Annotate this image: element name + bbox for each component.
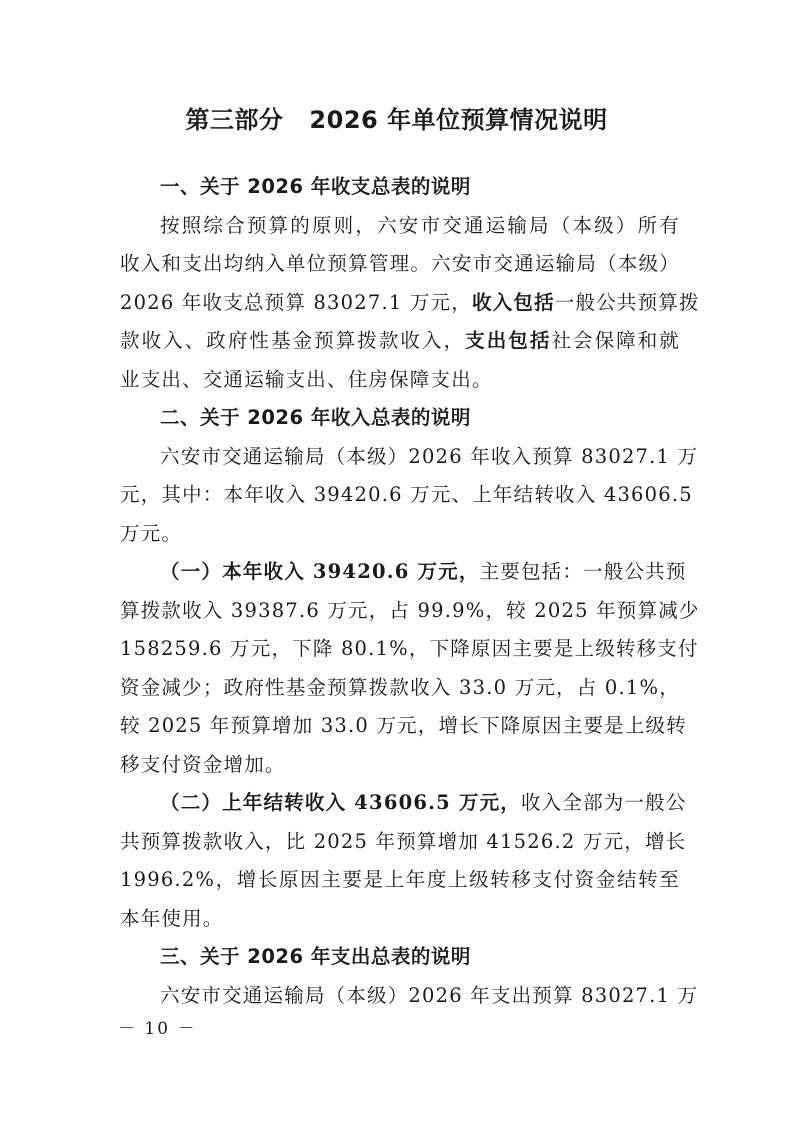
bold-text: （二）上年结转收入 43606.5 万元，	[160, 791, 521, 814]
paragraph-line: 按照综合预算的原则，六安市交通运输局（本级）所有	[120, 207, 680, 246]
title-part: 第三部分	[185, 106, 283, 134]
paragraph-line: 算拨款收入 39387.6 万元，占 99.9%，较 2025 年预算减少	[120, 592, 680, 631]
text-run: 一般公共预算拨	[555, 291, 700, 314]
paragraph-line: 158259.6 万元，下降 80.1%，下降原因主要是上级转移支付	[120, 630, 680, 669]
document-body: 一、关于 2026 年收支总表的说明 按照综合预算的原则，六安市交通运输局（本级…	[120, 168, 680, 1015]
paragraph-line: 本年使用。	[120, 900, 680, 939]
paragraph-line: 较 2025 年预算增加 33.0 万元，增长下降原因主要是上级转	[120, 707, 680, 746]
page-number: － 10 －	[118, 1014, 196, 1039]
paragraph-line: 六安市交通运输局（本级）2026 年支出预算 83027.1 万	[120, 977, 680, 1016]
paragraph-line: 资金减少；政府性基金预算拨款收入 33.0 万元，占 0.1%，	[120, 669, 680, 708]
paragraph-line: 元，其中：本年收入 39420.6 万元、上年结转收入 43606.5	[120, 476, 680, 515]
paragraph-line: 收入和支出均纳入单位预算管理。六安市交通运输局（本级）	[120, 245, 680, 284]
bold-text: 支出包括	[465, 329, 551, 352]
text-run: 收入全部为一般公	[521, 791, 687, 814]
paragraph-line: 业支出、交通运输支出、住房保障支出。	[120, 361, 680, 400]
section-heading-3: 三、关于 2026 年支出总表的说明	[120, 938, 680, 977]
page-title: 第三部分2026 年单位预算情况说明	[0, 100, 793, 135]
text-run: 2026 年收支总预算 83027.1 万元，	[120, 291, 472, 314]
subsection-carryover-income: （二）上年结转收入 43606.5 万元，收入全部为一般公	[120, 784, 680, 823]
paragraph-line: 款收入、政府性基金预算拨款收入，支出包括社会保障和就	[120, 322, 680, 361]
paragraph-line: 万元。	[120, 515, 680, 554]
text-run: 款收入、政府性基金预算拨款收入，	[120, 329, 465, 352]
title-text: 2026 年单位预算情况说明	[309, 106, 607, 134]
bold-text: 收入包括	[472, 291, 555, 314]
bold-text: （一）本年收入 39420.6 万元，	[160, 560, 480, 583]
subsection-current-year-income: （一）本年收入 39420.6 万元，主要包括：一般公共预	[120, 553, 680, 592]
paragraph-line: 六安市交通运输局（本级）2026 年收入预算 83027.1 万	[120, 438, 680, 477]
paragraph-line: 移支付资金增加。	[120, 746, 680, 785]
text-run: 主要包括：一般公共预	[480, 560, 687, 583]
text-run: 社会保障和就	[551, 329, 680, 352]
paragraph-line: 2026 年收支总预算 83027.1 万元，收入包括一般公共预算拨	[120, 284, 680, 323]
paragraph-line: 1996.2%，增长原因主要是上年度上级转移支付资金结转至	[120, 861, 680, 900]
section-heading-2: 二、关于 2026 年收入总表的说明	[120, 399, 680, 438]
section-heading-1: 一、关于 2026 年收支总表的说明	[120, 168, 680, 207]
paragraph-line: 共预算拨款收入，比 2025 年预算增加 41526.2 万元，增长	[120, 823, 680, 862]
